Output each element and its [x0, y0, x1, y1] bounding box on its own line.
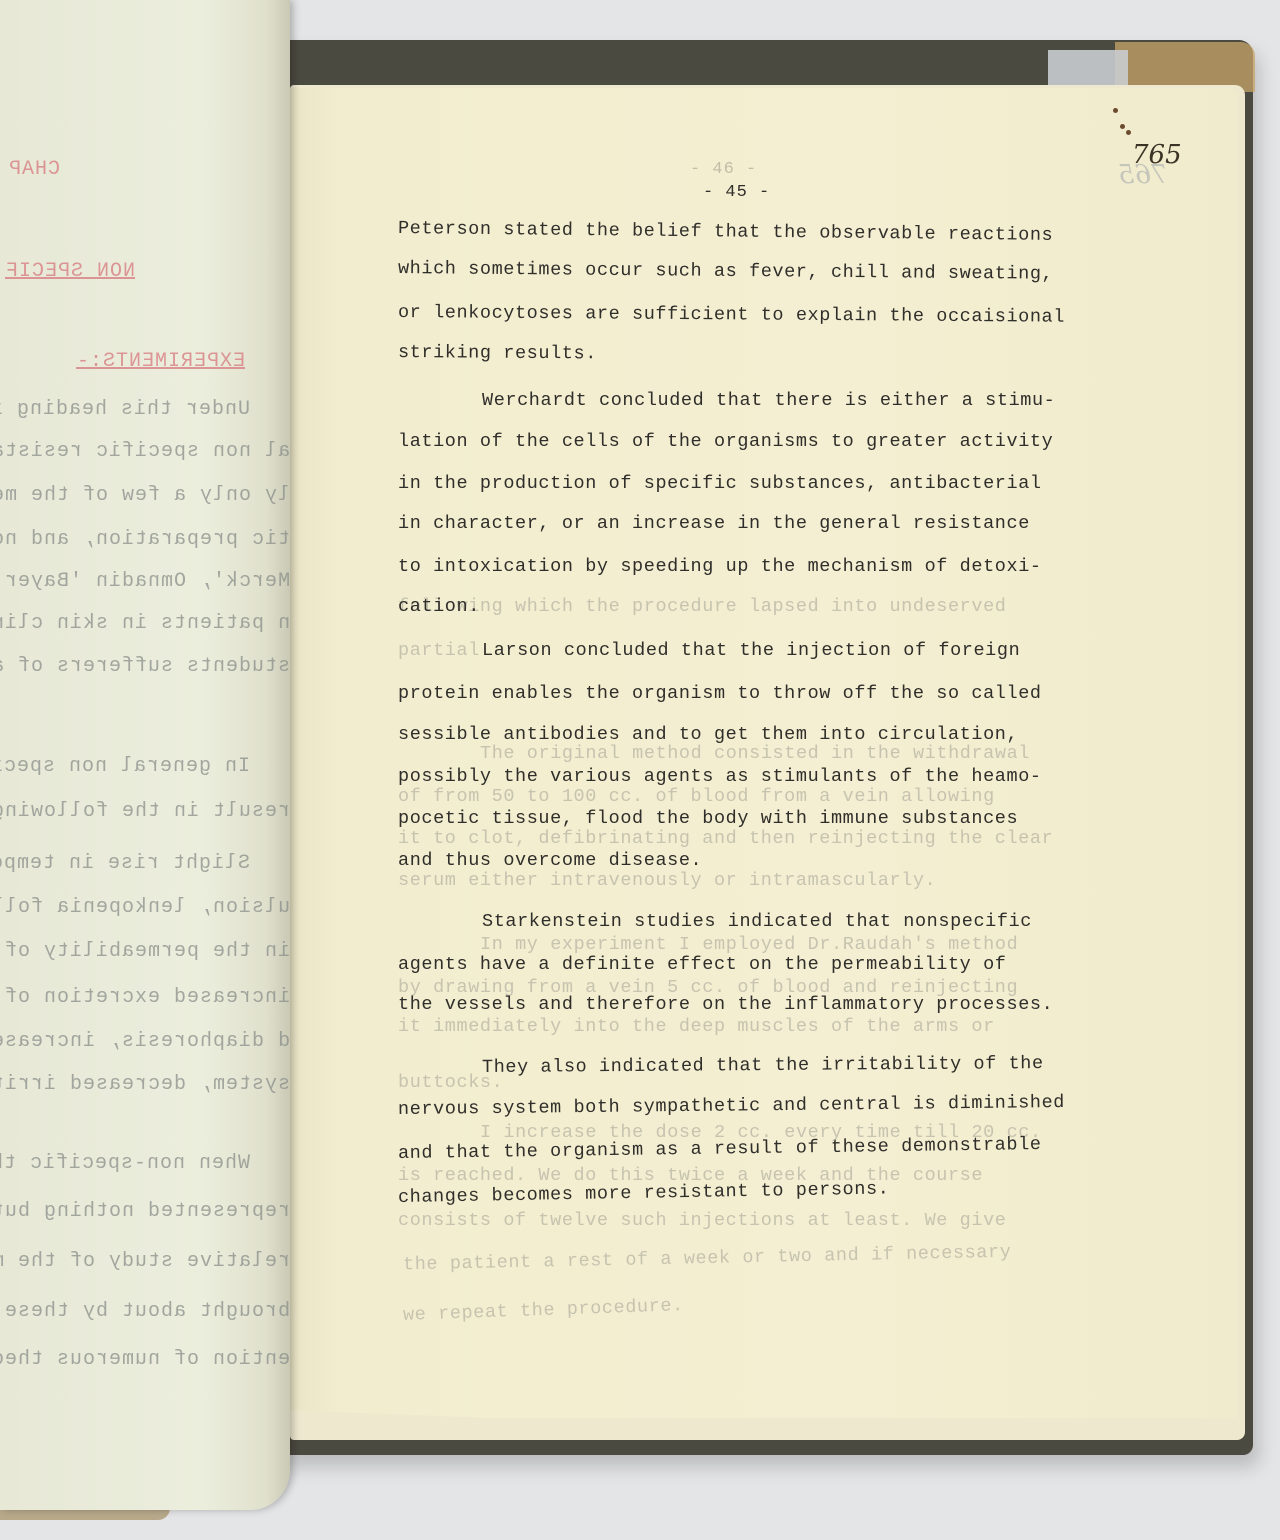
page-number: - 45 - [703, 183, 770, 202]
left-page-mirrored-text: CHAP NON SPECIF EXPERIMENTS:- Under this… [0, 0, 290, 1510]
archive-number: 765 [1132, 140, 1182, 170]
tape-strip [1048, 50, 1128, 85]
punch-hole [1126, 130, 1131, 135]
page-number-ghost: - 46 - [690, 160, 757, 179]
punch-hole [1120, 124, 1125, 129]
punch-hole [1113, 108, 1118, 113]
